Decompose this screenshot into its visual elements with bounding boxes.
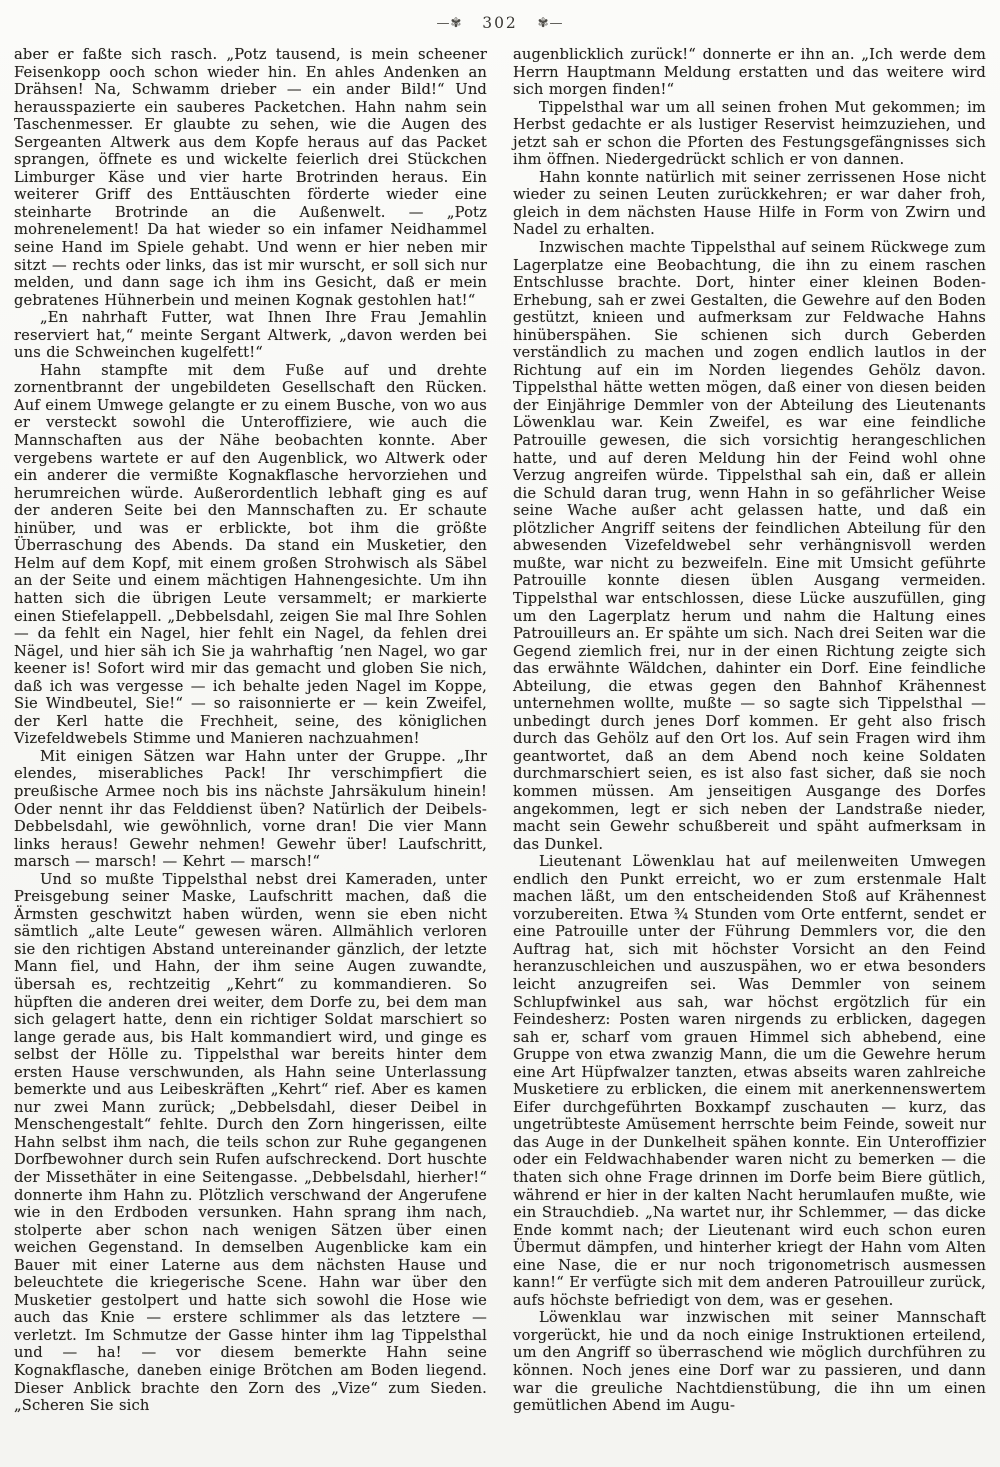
left-column: aber er faßte sich rasch. „Potz tausend,…	[14, 46, 487, 1415]
paragraph: Tippelsthal war um all seinen frohen Mut…	[513, 99, 986, 169]
paragraph: Löwenklau war inzwischen mit seiner Mann…	[513, 1309, 986, 1414]
paragraph: „En nahrhaft Futter, wat Ihnen Ihre Frau…	[14, 309, 487, 362]
right-column: augenblicklich zurück!“ donnerte er ihn …	[513, 46, 986, 1415]
book-page: —✾ 302 ✾— aber er faßte sich rasch. „Pot…	[0, 0, 1000, 1467]
text-columns: aber er faßte sich rasch. „Potz tausend,…	[14, 46, 986, 1415]
fleuron-left-icon: —✾	[437, 16, 463, 31]
paragraph: Hahn konnte natürlich mit seiner zerriss…	[513, 169, 986, 239]
page-header: —✾ 302 ✾—	[14, 14, 986, 32]
paragraph: Hahn stampfte mit dem Fuße auf und dreht…	[14, 362, 487, 748]
paragraph: Inzwischen machte Tippelsthal auf seinem…	[513, 239, 986, 853]
paragraph: aber er faßte sich rasch. „Potz tausend,…	[14, 46, 487, 309]
paragraph: Mit einigen Sätzen war Hahn unter der Gr…	[14, 748, 487, 871]
fleuron-right-icon: ✾—	[538, 16, 564, 31]
paragraph: augenblicklich zurück!“ donnerte er ihn …	[513, 46, 986, 99]
paragraph: Lieutenant Löwenklau hat auf meilenweite…	[513, 853, 986, 1309]
paragraph: Und so mußte Tippelsthal nebst drei Kame…	[14, 871, 487, 1415]
page-number: 302	[482, 14, 518, 32]
